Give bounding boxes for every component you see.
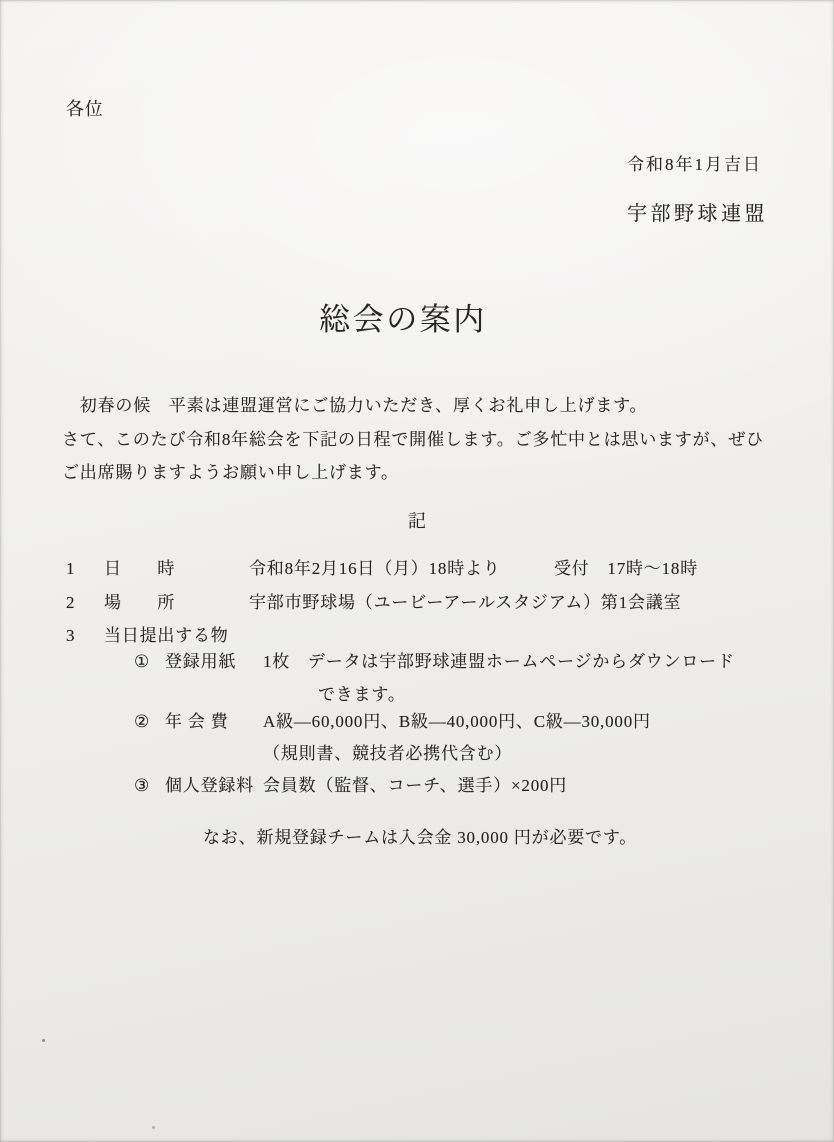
circled-number: ② [134,713,165,730]
sub-item-individual-fee: ③ 個人登録料 会員数（監督、コーチ、選手）×200円 [134,777,567,794]
sender-organization: 宇部野球連盟 [627,204,768,224]
sub-item-annual-fee: ② 年 会 費 A級—60,000円、B級—40,000円、C級—30,000円 [134,713,651,730]
scanned-document-page: 各位 令和8年1月吉日 宇部野球連盟 総会の案内 初春の候 平素は連盟運営にご協… [0,0,834,1142]
circled-number: ③ [134,777,165,794]
list-item-submissions: 3 当日提出する物 [66,627,249,644]
greeting-paragraph: 初春の候 平素は連盟運営にご協力いただき、厚くお礼申し上げます。 さて、このたび… [62,389,802,490]
greeting-line: さて、このたび令和8年総会を下記の日程で開催します。ご多忙中とは思いますが、ぜひ [62,423,802,457]
document-date: 令和8年1月吉日 [627,156,762,173]
sub-item-continuation: できます。 [318,686,406,703]
item-label: 場 所 [104,594,249,611]
sub-item-label: 個人登録料 [165,777,263,794]
paper-speck [152,1126,155,1129]
greeting-line: 初春の候 平素は連盟運営にご協力いただき、厚くお礼申し上げます。 [62,389,802,423]
sub-item-registration-form: ① 登録用紙 1枚 データは宇部野球連盟ホームページからダウンロード [134,653,735,670]
sub-item-content: A級—60,000円、B級—40,000円、C級—30,000円 [263,713,651,730]
record-marker: 記 [0,507,834,533]
sub-item-continuation: （規則書、競技者必携代含む） [263,745,512,762]
sub-item-label: 登録用紙 [165,653,263,670]
sub-item-label: 年 会 費 [165,713,263,730]
paper-speck [42,1039,45,1042]
list-item-datetime: 1 日 時 令和8年2月16日（月）18時より 受付 17時～18時 [66,560,698,577]
item-label: 当日提出する物 [104,627,249,644]
greeting-line: ご出席賜りますようお願い申し上げます。 [62,456,802,490]
item-number: 3 [66,627,104,644]
list-item-place: 2 場 所 宇部市野球場（ユービーアールスタジアム）第1会議室 [66,594,681,611]
document-title: 総会の案内 [0,294,820,339]
sub-item-content: 会員数（監督、コーチ、選手）×200円 [263,777,567,794]
item-label: 日 時 [104,560,249,577]
footnote: なお、新規登録チームは入会金 30,000 円が必要です。 [203,829,637,846]
item-content: 令和8年2月16日（月）18時より 受付 17時～18時 [249,560,698,577]
item-number: 1 [66,560,104,577]
item-content: 宇部市野球場（ユービーアールスタジアム）第1会議室 [249,594,681,611]
sub-item-content: 1枚 データは宇部野球連盟ホームページからダウンロード [263,653,735,670]
item-number: 2 [66,594,104,611]
recipient-salutation: 各位 [66,100,104,118]
circled-number: ① [134,653,165,670]
